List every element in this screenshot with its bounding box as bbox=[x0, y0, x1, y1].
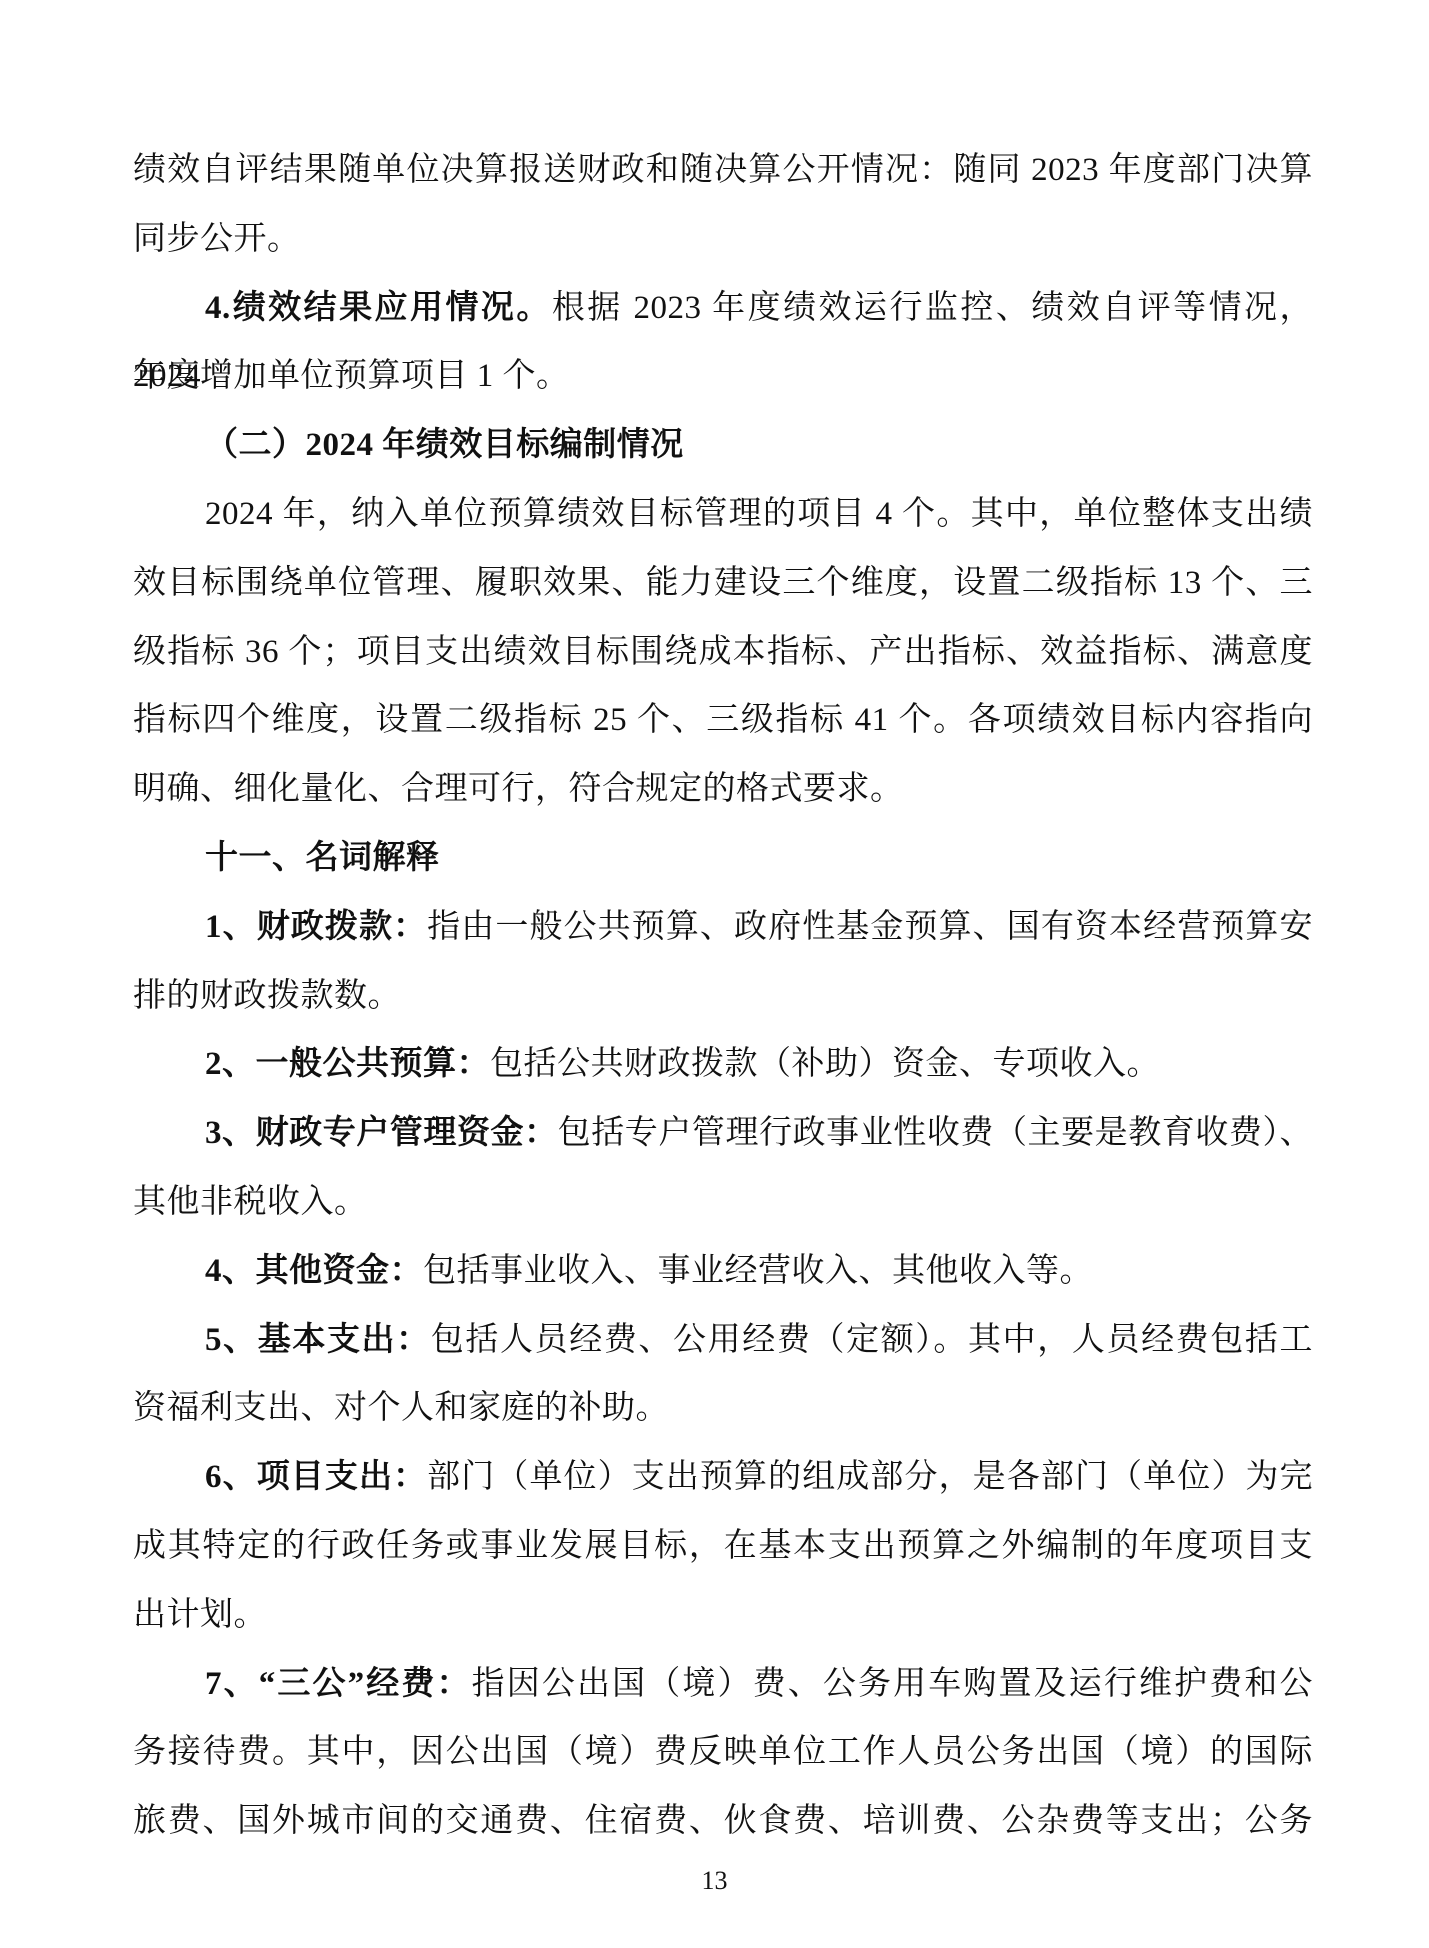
text-line: 1、财政拨款：指由一般公共预算、政府性基金预算、国有资本经营预算安 bbox=[133, 893, 1313, 962]
text-line: 指标四个维度，设置二级指标 25 个、三级指标 41 个。各项绩效目标内容指向 bbox=[133, 686, 1313, 755]
text-run: 部门（单位）支出预算的组成部分，是各部门（单位）为完 bbox=[427, 1459, 1313, 1495]
text-run: 效目标围绕单位管理、履职效果、能力建设三个维度，设置二级指标 13 个、三 bbox=[133, 565, 1313, 601]
text-line: 绩效自评结果随单位决算报送财政和随决算公开情况：随同 2023 年度部门决算 bbox=[133, 136, 1313, 205]
bold-text-run: 4.绩效结果应用情况。 bbox=[205, 290, 552, 326]
text-line: 年度增加单位预算项目 1 个。 bbox=[133, 342, 1313, 411]
text-line: 排的财政拨款数。 bbox=[133, 962, 1313, 1031]
text-line: 资福利支出、对个人和家庭的补助。 bbox=[133, 1374, 1313, 1443]
text-run: 旅费、国外城市间的交通费、住宿费、伙食费、培训费、公杂费等支出；公务 bbox=[133, 1803, 1313, 1839]
text-line: 明确、细化量化、合理可行，符合规定的格式要求。 bbox=[133, 755, 1313, 824]
text-line: 同步公开。 bbox=[133, 205, 1313, 274]
text-line: 5、基本支出：包括人员经费、公用经费（定额）。其中，人员经费包括工 bbox=[133, 1306, 1313, 1375]
text-run: 指由一般公共预算、政府性基金预算、国有资本经营预算安 bbox=[427, 909, 1313, 945]
text-line: 效目标围绕单位管理、履职效果、能力建设三个维度，设置二级指标 13 个、三 bbox=[133, 549, 1313, 618]
text-run: 出计划。 bbox=[133, 1597, 267, 1633]
text-run: 包括专户管理行政事业性收费（主要是教育收费）、 bbox=[558, 1115, 1313, 1151]
bold-text-run: 4、其他资金： bbox=[205, 1253, 423, 1289]
text-run: 绩效自评结果随单位决算报送财政和随决算公开情况：随同 2023 年度部门决算 bbox=[133, 152, 1313, 188]
text-line: 务接待费。其中，因公出国（境）费反映单位工作人员公务出国（境）的国际 bbox=[133, 1718, 1313, 1787]
text-run: 包括公共财政拨款（补助）资金、专项收入。 bbox=[490, 1046, 1160, 1082]
text-run: 级指标 36 个；项目支出绩效目标围绕成本指标、产出指标、效益指标、满意度 bbox=[133, 634, 1313, 670]
text-run: 成其特定的行政任务或事业发展目标，在基本支出预算之外编制的年度项目支 bbox=[133, 1528, 1313, 1564]
text-line: 其他非税收入。 bbox=[133, 1168, 1313, 1237]
text-run: 资福利支出、对个人和家庭的补助。 bbox=[133, 1390, 669, 1426]
text-run: 排的财政拨款数。 bbox=[133, 978, 401, 1014]
text-line: 2024 年，纳入单位预算绩效目标管理的项目 4 个。其中，单位整体支出绩 bbox=[133, 480, 1313, 549]
bold-text-run: 1、财政拨款： bbox=[205, 909, 427, 945]
page-number: 13 bbox=[0, 1866, 1429, 1896]
text-line: 成其特定的行政任务或事业发展目标，在基本支出预算之外编制的年度项目支 bbox=[133, 1512, 1313, 1581]
text-run: 指标四个维度，设置二级指标 25 个、三级指标 41 个。各项绩效目标内容指向 bbox=[133, 702, 1313, 738]
bold-text-run: 十一、名词解释 bbox=[205, 840, 440, 876]
text-line: 2、一般公共预算：包括公共财政拨款（补助）资金、专项收入。 bbox=[133, 1030, 1313, 1099]
text-line: （二）2024 年绩效目标编制情况 bbox=[133, 411, 1313, 480]
text-line: 十一、名词解释 bbox=[133, 824, 1313, 893]
text-line: 出计划。 bbox=[133, 1581, 1313, 1650]
text-line: 4.绩效结果应用情况。根据 2023 年度绩效运行监控、绩效自评等情况，2024 bbox=[133, 274, 1313, 343]
document-body: 绩效自评结果随单位决算报送财政和随决算公开情况：随同 2023 年度部门决算同步… bbox=[133, 136, 1313, 1856]
bold-text-run: 3、财政专户管理资金： bbox=[205, 1115, 558, 1151]
text-line: 3、财政专户管理资金：包括专户管理行政事业性收费（主要是教育收费）、 bbox=[133, 1099, 1313, 1168]
bold-text-run: （二）2024 年绩效目标编制情况 bbox=[205, 427, 684, 463]
bold-text-run: 5、基本支出： bbox=[205, 1322, 431, 1358]
text-line: 级指标 36 个；项目支出绩效目标围绕成本指标、产出指标、效益指标、满意度 bbox=[133, 618, 1313, 687]
text-run: 同步公开。 bbox=[133, 221, 301, 257]
text-run: 包括事业收入、事业经营收入、其他收入等。 bbox=[423, 1253, 1093, 1289]
text-run: 2024 年，纳入单位预算绩效目标管理的项目 4 个。其中，单位整体支出绩 bbox=[205, 496, 1313, 532]
text-run: 指因公出国（境）费、公务用车购置及运行维护费和公 bbox=[472, 1666, 1313, 1702]
text-run: 其他非税收入。 bbox=[133, 1184, 368, 1220]
text-run: 务接待费。其中，因公出国（境）费反映单位工作人员公务出国（境）的国际 bbox=[133, 1734, 1313, 1770]
text-line: 旅费、国外城市间的交通费、住宿费、伙食费、培训费、公杂费等支出；公务 bbox=[133, 1787, 1313, 1856]
text-run: 明确、细化量化、合理可行，符合规定的格式要求。 bbox=[133, 771, 904, 807]
text-line: 6、项目支出：部门（单位）支出预算的组成部分，是各部门（单位）为完 bbox=[133, 1443, 1313, 1512]
text-run: 年度增加单位预算项目 1 个。 bbox=[133, 358, 570, 394]
text-run: 包括人员经费、公用经费（定额）。其中，人员经费包括工 bbox=[431, 1322, 1313, 1358]
text-line: 4、其他资金：包括事业收入、事业经营收入、其他收入等。 bbox=[133, 1237, 1313, 1306]
bold-text-run: 6、项目支出： bbox=[205, 1459, 427, 1495]
text-line: 7、“三公”经费：指因公出国（境）费、公务用车购置及运行维护费和公 bbox=[133, 1650, 1313, 1719]
bold-text-run: 2、一般公共预算： bbox=[205, 1046, 490, 1082]
document-page: 绩效自评结果随单位决算报送财政和随决算公开情况：随同 2023 年度部门决算同步… bbox=[0, 0, 1429, 1948]
bold-text-run: 7、“三公”经费： bbox=[205, 1666, 472, 1702]
